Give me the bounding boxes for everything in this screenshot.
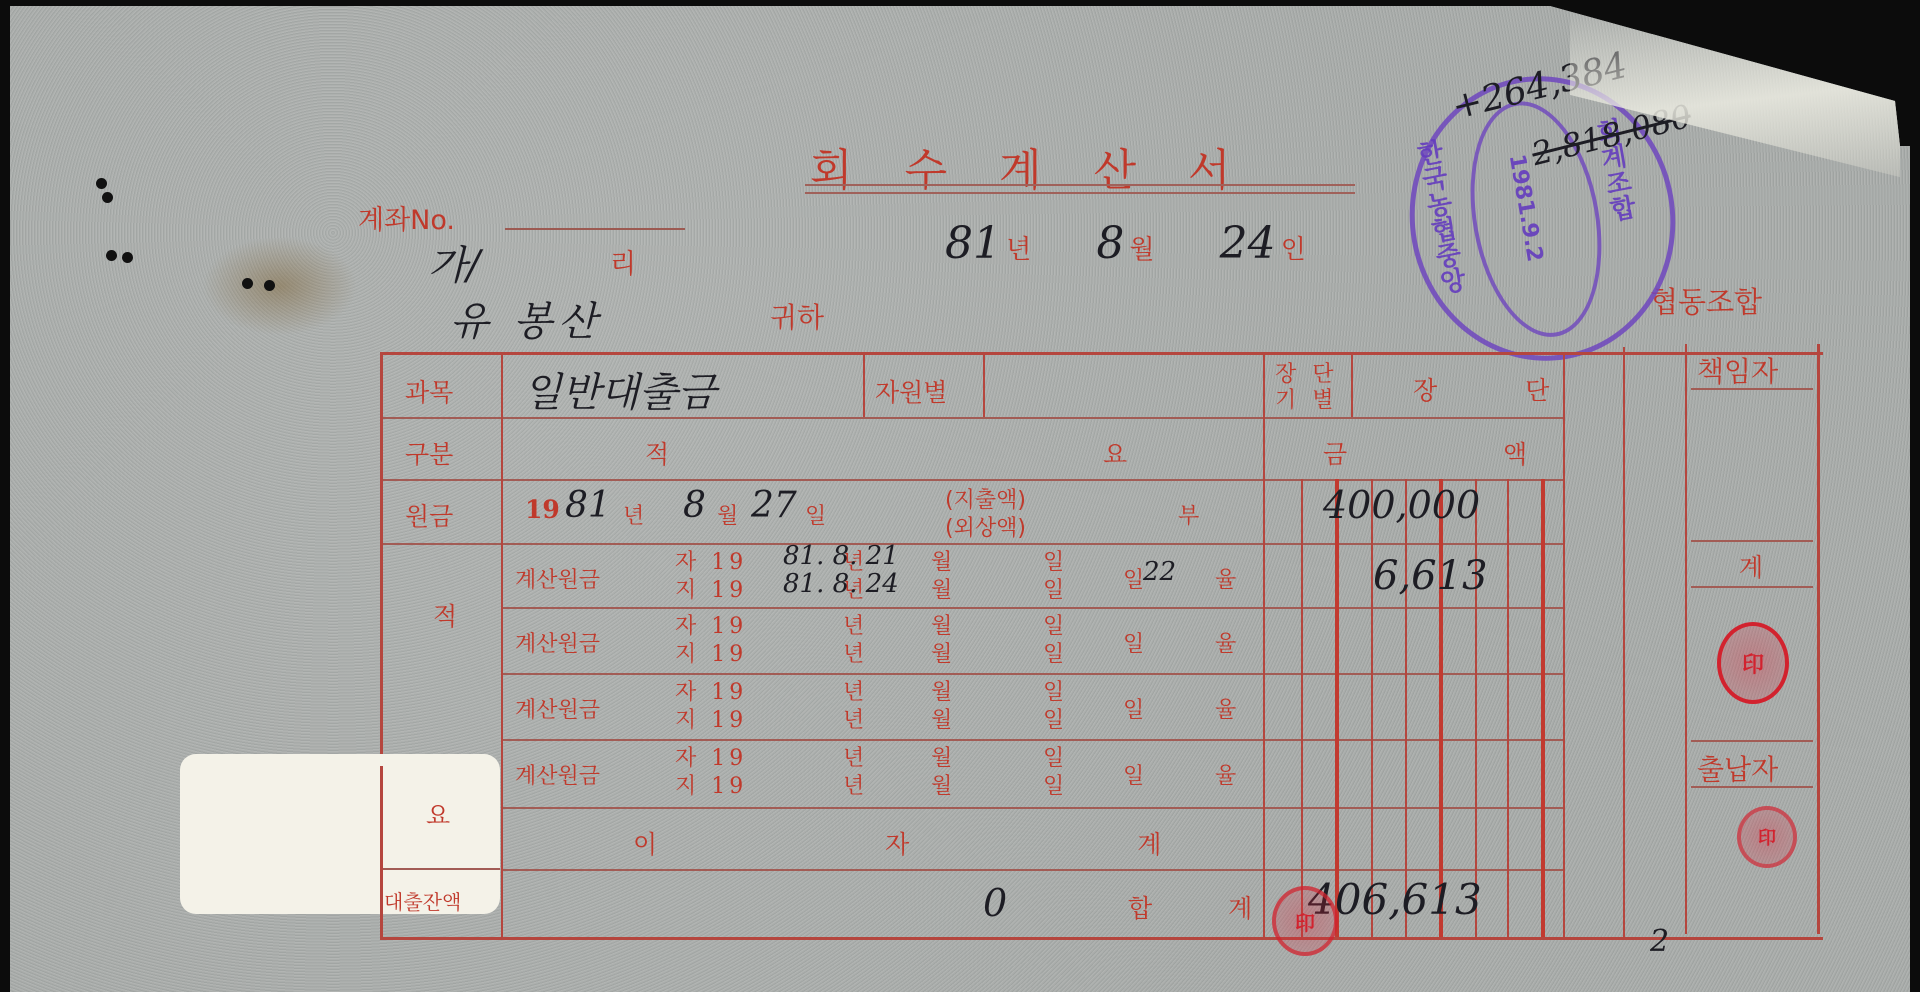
cashier-label: 출납자 bbox=[1697, 748, 1778, 788]
calc-row-year-unit: 년 bbox=[843, 609, 864, 640]
principal-suffix: 부 bbox=[1178, 499, 1199, 530]
punch-hole bbox=[264, 280, 275, 291]
calc-row-days: 22 bbox=[1143, 557, 1176, 587]
bottom-mark: 2 bbox=[1650, 924, 1669, 959]
issue-date: 81 년 8 월 24 인 bbox=[945, 218, 1306, 269]
calc-row-month-unit: 월 bbox=[931, 637, 952, 668]
calc-row-to-prefix: 지 19 bbox=[675, 703, 747, 734]
calc-row-year-unit: 년 bbox=[843, 703, 864, 734]
cashier-seal: 印 bbox=[1737, 806, 1797, 868]
side-summary-label: 요 bbox=[426, 796, 450, 832]
division-label: 구분 bbox=[405, 435, 453, 471]
village-suffix: 리 bbox=[610, 242, 636, 281]
interest-total-label: 이 자 계 bbox=[633, 825, 1271, 861]
calc-row-day-unit: 일 bbox=[1043, 637, 1064, 668]
calc-row-label: 계산원금 bbox=[515, 759, 600, 790]
calc-row-days-unit: 일 bbox=[1123, 627, 1144, 658]
calc-row-month-unit: 월 bbox=[931, 545, 952, 576]
principal-month-unit: 월 bbox=[717, 499, 738, 530]
calc-row-label: 계산원금 bbox=[515, 693, 600, 724]
calc-row-label: 계산원금 bbox=[515, 627, 600, 658]
date-year-unit: 년 bbox=[1006, 235, 1031, 265]
term-label-bottom: 기별 bbox=[1275, 383, 1350, 414]
summary-label-1: 적 bbox=[645, 435, 669, 471]
stamp-left-text: 한국농협중앙 bbox=[1408, 137, 1472, 297]
calc-row-year-unit: 년 bbox=[843, 637, 864, 668]
account-label: 계좌No. bbox=[358, 198, 455, 237]
calc-row-year-unit: 년 bbox=[843, 741, 864, 772]
principal-year-unit: 년 bbox=[623, 499, 644, 530]
principal-year-prefix: 19 bbox=[525, 495, 560, 524]
title-underline bbox=[805, 184, 1355, 194]
calc-row-day-unit: 일 bbox=[1043, 703, 1064, 734]
calc-row-month-unit: 월 bbox=[931, 769, 952, 800]
date-day-unit: 인 bbox=[1281, 235, 1306, 265]
calc-row-rate-unit: 율 bbox=[1215, 563, 1236, 594]
calc-row-to-prefix: 지 19 bbox=[675, 637, 747, 668]
calc-row-rate-unit: 율 bbox=[1215, 759, 1236, 790]
issuer-name: 협동조합 bbox=[1650, 280, 1762, 321]
principal-day-unit: 일 bbox=[805, 499, 826, 530]
calc-row-day-unit: 일 bbox=[1043, 545, 1064, 576]
principal-day: 27 bbox=[751, 485, 797, 526]
calc-row-from: 81. 8. 21 bbox=[783, 541, 899, 571]
calc-row-label: 계산원금 bbox=[515, 563, 600, 594]
amount-label-2: 액 bbox=[1503, 435, 1527, 471]
manager-label: 책임자 bbox=[1697, 350, 1778, 390]
source-label: 자원별 bbox=[875, 373, 947, 409]
summary-side-label: 적 bbox=[433, 597, 457, 633]
term-value: 장 단 bbox=[1413, 371, 1589, 407]
date-year: 81 bbox=[945, 218, 1001, 269]
calc-row-month-unit: 월 bbox=[931, 675, 952, 706]
calculation-table: 과목 일반대출금 자원별 장단 기별 장 단 구분 적 요 금 액 원금 19 … bbox=[380, 352, 1823, 940]
calc-row-to: 81. 8. 24 bbox=[783, 569, 899, 599]
calc-row-day-unit: 일 bbox=[1043, 609, 1064, 640]
village-handwritten: 가/ bbox=[428, 234, 480, 291]
grand-total-label: 합 계 bbox=[1128, 889, 1286, 925]
punch-hole bbox=[242, 278, 253, 289]
recipient-name: 유 봉산 bbox=[450, 290, 603, 347]
principal-label: 원금 bbox=[405, 497, 453, 533]
calc-row-days-unit: 일 bbox=[1123, 759, 1144, 790]
calc-row-to-prefix: 지 19 bbox=[675, 573, 747, 604]
date-month: 8 bbox=[1096, 218, 1124, 269]
calc-row-day-unit: 일 bbox=[1043, 573, 1064, 604]
subject-value: 일반대출금 bbox=[523, 361, 716, 418]
calc-row-from-prefix: 자 19 bbox=[675, 609, 747, 640]
document-paper: 회수계산서 계좌No. 가/ 리 81 년 8 월 24 인 유 봉산 귀하 협… bbox=[10, 6, 1910, 992]
summary-label-2: 요 bbox=[1103, 435, 1127, 471]
calc-row-rate-unit: 율 bbox=[1215, 627, 1236, 658]
principal-month: 8 bbox=[683, 485, 706, 526]
punch-hole bbox=[102, 192, 113, 203]
amount-label-1: 금 bbox=[1323, 435, 1347, 471]
calc-row-from-prefix: 자 19 bbox=[675, 545, 747, 576]
punch-hole bbox=[96, 178, 107, 189]
recipient-suffix: 귀하 bbox=[770, 296, 824, 336]
calc-row-year-unit: 년 bbox=[843, 675, 864, 706]
loan-balance-value: 0 bbox=[983, 881, 1007, 925]
punch-hole bbox=[122, 252, 133, 263]
accountant-label: 계 bbox=[1739, 548, 1763, 584]
subject-label: 과목 bbox=[405, 373, 453, 409]
calc-row-day-unit: 일 bbox=[1043, 769, 1064, 800]
calc-row-rate-unit: 율 bbox=[1215, 693, 1236, 724]
calc-row-days-unit: 일 bbox=[1123, 693, 1144, 724]
calc-row-to-prefix: 지 19 bbox=[675, 769, 747, 800]
loan-balance-label: 대출잔액 bbox=[384, 886, 461, 915]
principal-type-bottom: (외상액) bbox=[945, 511, 1026, 542]
calc-row-year-unit: 년 bbox=[843, 769, 864, 800]
calc-row-month-unit: 월 bbox=[931, 609, 952, 640]
principal-year: 81 bbox=[565, 485, 611, 526]
date-month-unit: 월 bbox=[1129, 235, 1154, 265]
calc-row-month-unit: 월 bbox=[931, 741, 952, 772]
date-day: 24 bbox=[1220, 218, 1276, 269]
calc-row-from-prefix: 자 19 bbox=[675, 675, 747, 706]
calc-row-day-unit: 일 bbox=[1043, 741, 1064, 772]
principal-amount: 400,000 bbox=[1323, 483, 1480, 527]
calc-row-from-prefix: 자 19 bbox=[675, 741, 747, 772]
calc-row-month-unit: 월 bbox=[931, 703, 952, 734]
approval-column: 책임자 계 印 출납자 印 bbox=[1685, 344, 1820, 934]
calc-row-days-unit: 일 bbox=[1123, 563, 1144, 594]
calc-row-amount: 6,613 bbox=[1373, 553, 1488, 599]
punch-hole bbox=[106, 250, 117, 261]
accountant-seal: 印 bbox=[1717, 622, 1789, 704]
total-seal: 印 bbox=[1272, 886, 1338, 956]
calc-row-day-unit: 일 bbox=[1043, 675, 1064, 706]
calc-row-month-unit: 월 bbox=[931, 573, 952, 604]
account-number-line bbox=[505, 228, 685, 230]
principal-type-top: (지출액) bbox=[945, 483, 1026, 514]
